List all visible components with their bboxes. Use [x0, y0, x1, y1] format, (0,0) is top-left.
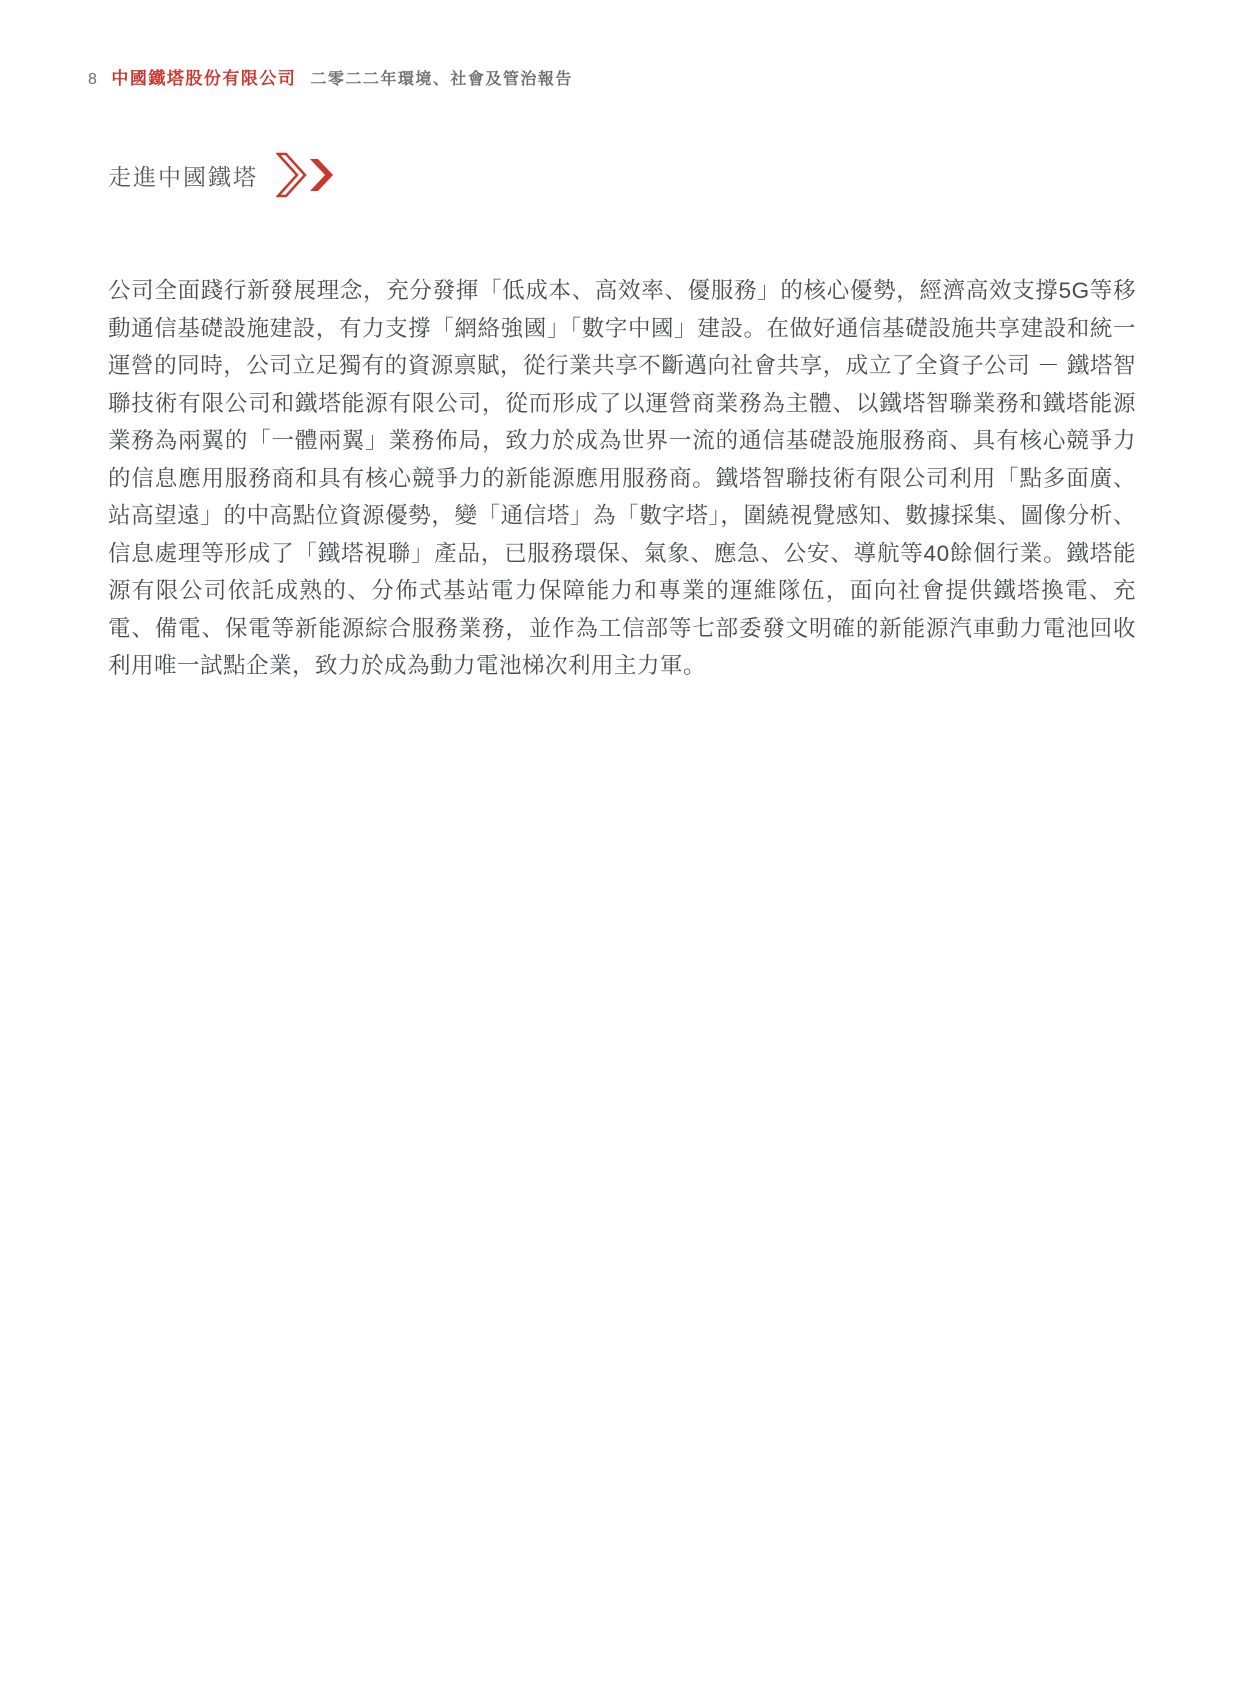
running-header: 8 中國鐵塔股份有限公司 二零二二年環境、社會及管治報告	[88, 64, 573, 89]
report-page: 8 中國鐵塔股份有限公司 二零二二年環境、社會及管治報告 走進中國鐵塔 公司全面…	[0, 0, 1240, 1682]
company-name: 中國鐵塔股份有限公司	[111, 64, 296, 89]
double-chevron-right-icon	[276, 152, 342, 198]
body-paragraph: 公司全面踐行新發展理念，充分發揮「低成本、高效率、優服務」的核心優勢，經濟高效支…	[108, 272, 1136, 685]
page-number: 8	[88, 71, 97, 89]
section-title: 走進中國鐵塔	[108, 159, 258, 192]
report-title: 二零二二年環境、社會及管治報告	[310, 66, 573, 89]
section-title-row: 走進中國鐵塔	[108, 152, 342, 198]
